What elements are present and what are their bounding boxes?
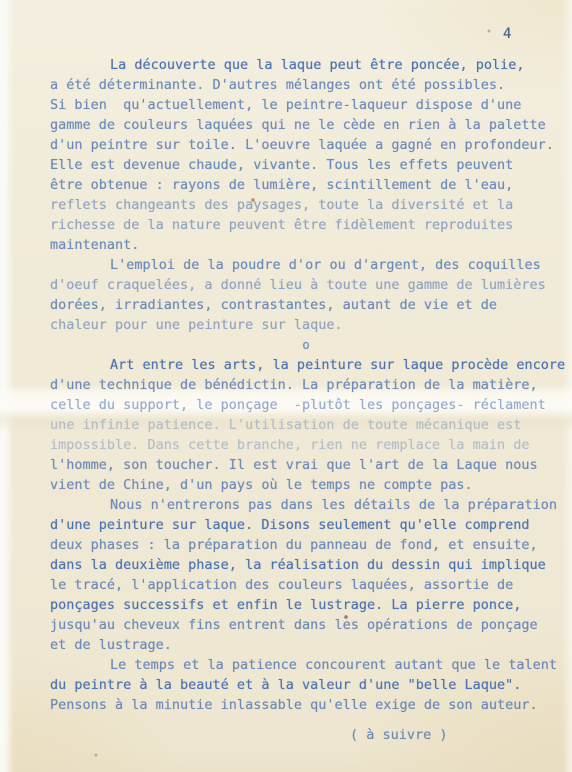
text-line: d'une technique de bénédictin. La prépar… bbox=[50, 375, 562, 395]
typewritten-lines: La découverte que la laque peut être pon… bbox=[50, 55, 562, 745]
text-line: Si bien qu'actuellement, le peintre-laqu… bbox=[50, 95, 562, 115]
text-line: Nous n'entrerons pas dans les détails de… bbox=[50, 495, 562, 515]
text-line: d'un peintre sur toile. L'oeuvre laquée … bbox=[50, 135, 562, 155]
text-line: être obtenue : rayons de lumière, scinti… bbox=[50, 175, 562, 195]
section-separator-mark: o bbox=[50, 335, 562, 355]
text-line: dorées, irradiantes, contrastantes, auta… bbox=[50, 295, 562, 315]
text-line: richesse de la nature peuvent être fidèl… bbox=[50, 215, 562, 235]
text-line: L'emploi de la poudre d'or ou d'argent, … bbox=[50, 255, 562, 275]
text-line: du peintre à la beauté et à la valeur d'… bbox=[50, 675, 562, 695]
text-line: chaleur pour une peinture sur laque. bbox=[50, 315, 562, 335]
closing-note: ( à suivre ) bbox=[50, 725, 562, 745]
text-line: deux phases : la préparation du panneau … bbox=[50, 535, 562, 555]
text-line: reflets changeants des paysages, toute l… bbox=[50, 195, 562, 215]
text-line: et de lustrage. bbox=[50, 635, 562, 655]
text-line: d'oeuf craquelées, a donné lieu à toute … bbox=[50, 275, 562, 295]
text-line: une infinie patience. L'utilisation de t… bbox=[50, 415, 562, 435]
text-line: celle du support, le ponçage -plutôt les… bbox=[50, 395, 562, 415]
text-line: jusqu'au cheveux fins entrent dans les o… bbox=[50, 615, 562, 635]
text-line: maintenant. bbox=[50, 235, 562, 255]
scanned-page: 4 La découverte que la laque peut être p… bbox=[0, 0, 572, 772]
text-line: le tracé, l'application des couleurs laq… bbox=[50, 575, 562, 595]
text-line: impossible. Dans cette branche, rien ne … bbox=[50, 435, 562, 455]
text-line: La découverte que la laque peut être pon… bbox=[50, 55, 562, 75]
text-line: Elle est devenue chaude, vivante. Tous l… bbox=[50, 155, 562, 175]
text-line: dans la deuxième phase, la réalisation d… bbox=[50, 555, 562, 575]
text-line: a été déterminante. D'autres mélanges on… bbox=[50, 75, 562, 95]
text-line: ponçages successifs et enfin le lustrage… bbox=[50, 595, 562, 615]
text-line: d'une peinture sur laque. Disons seuleme… bbox=[50, 515, 562, 535]
text-line: Pensons à la minutie inlassable qu'elle … bbox=[50, 695, 562, 715]
text-line: Le temps et la patience concourent autan… bbox=[50, 655, 562, 675]
text-line: l'homme, son toucher. Il est vrai que l'… bbox=[50, 455, 562, 475]
text-line: Art entre les arts, la peinture sur laqu… bbox=[50, 355, 562, 375]
page-number: 4 bbox=[503, 26, 511, 42]
text-line: gamme de couleurs laquées qui ne le cède… bbox=[50, 115, 562, 135]
text-line: vient de Chine, d'un pays où le temps ne… bbox=[50, 475, 562, 495]
